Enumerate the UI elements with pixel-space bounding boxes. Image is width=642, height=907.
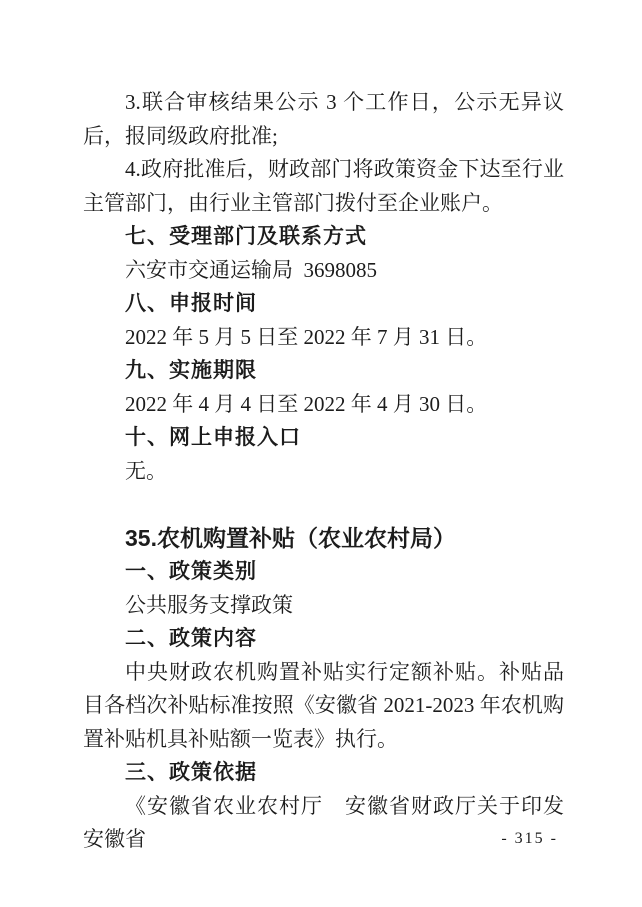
paragraph: 2022 年 4 月 4 日至 2022 年 4 月 30 日。 xyxy=(83,388,564,422)
paragraph: 2022 年 5 月 5 日至 2022 年 7 月 31 日。 xyxy=(83,321,564,355)
section-heading: 七、受理部门及联系方式 xyxy=(83,220,564,254)
section-heading: 一、政策类别 xyxy=(83,555,564,589)
policy-item-title: 35.农机购置补贴（农业农村局） xyxy=(83,522,564,556)
page-number: - 315 - xyxy=(501,830,558,848)
section-heading: 三、政策依据 xyxy=(83,756,564,790)
paragraph: 中央财政农机购置补贴实行定额补贴。补贴品目各档次补贴标准按照《安徽省 2021-… xyxy=(83,656,564,757)
blank-line xyxy=(83,488,564,522)
paragraph: 无。 xyxy=(83,455,564,489)
document-body: 3.联合审核结果公示 3 个工作日，公示无异议后，报同级政府批准;4.政府批准后… xyxy=(83,86,564,857)
section-heading: 二、政策内容 xyxy=(83,622,564,656)
paragraph: 3.联合审核结果公示 3 个工作日，公示无异议后，报同级政府批准; xyxy=(83,86,564,153)
section-heading: 十、网上申报入口 xyxy=(83,421,564,455)
section-heading: 八、申报时间 xyxy=(83,287,564,321)
paragraph: 《安徽省农业农村厅 安徽省财政厅关于印发安徽省 xyxy=(83,790,564,857)
paragraph: 4.政府批准后，财政部门将政策资金下达至行业主管部门，由行业主管部门拨付至企业账… xyxy=(83,153,564,220)
document-page: 3.联合审核结果公示 3 个工作日，公示无异议后，报同级政府批准;4.政府批准后… xyxy=(0,0,642,907)
section-heading: 九、实施期限 xyxy=(83,354,564,388)
paragraph: 六安市交通运输局 3698085 xyxy=(83,254,564,288)
paragraph: 公共服务支撑政策 xyxy=(83,589,564,623)
